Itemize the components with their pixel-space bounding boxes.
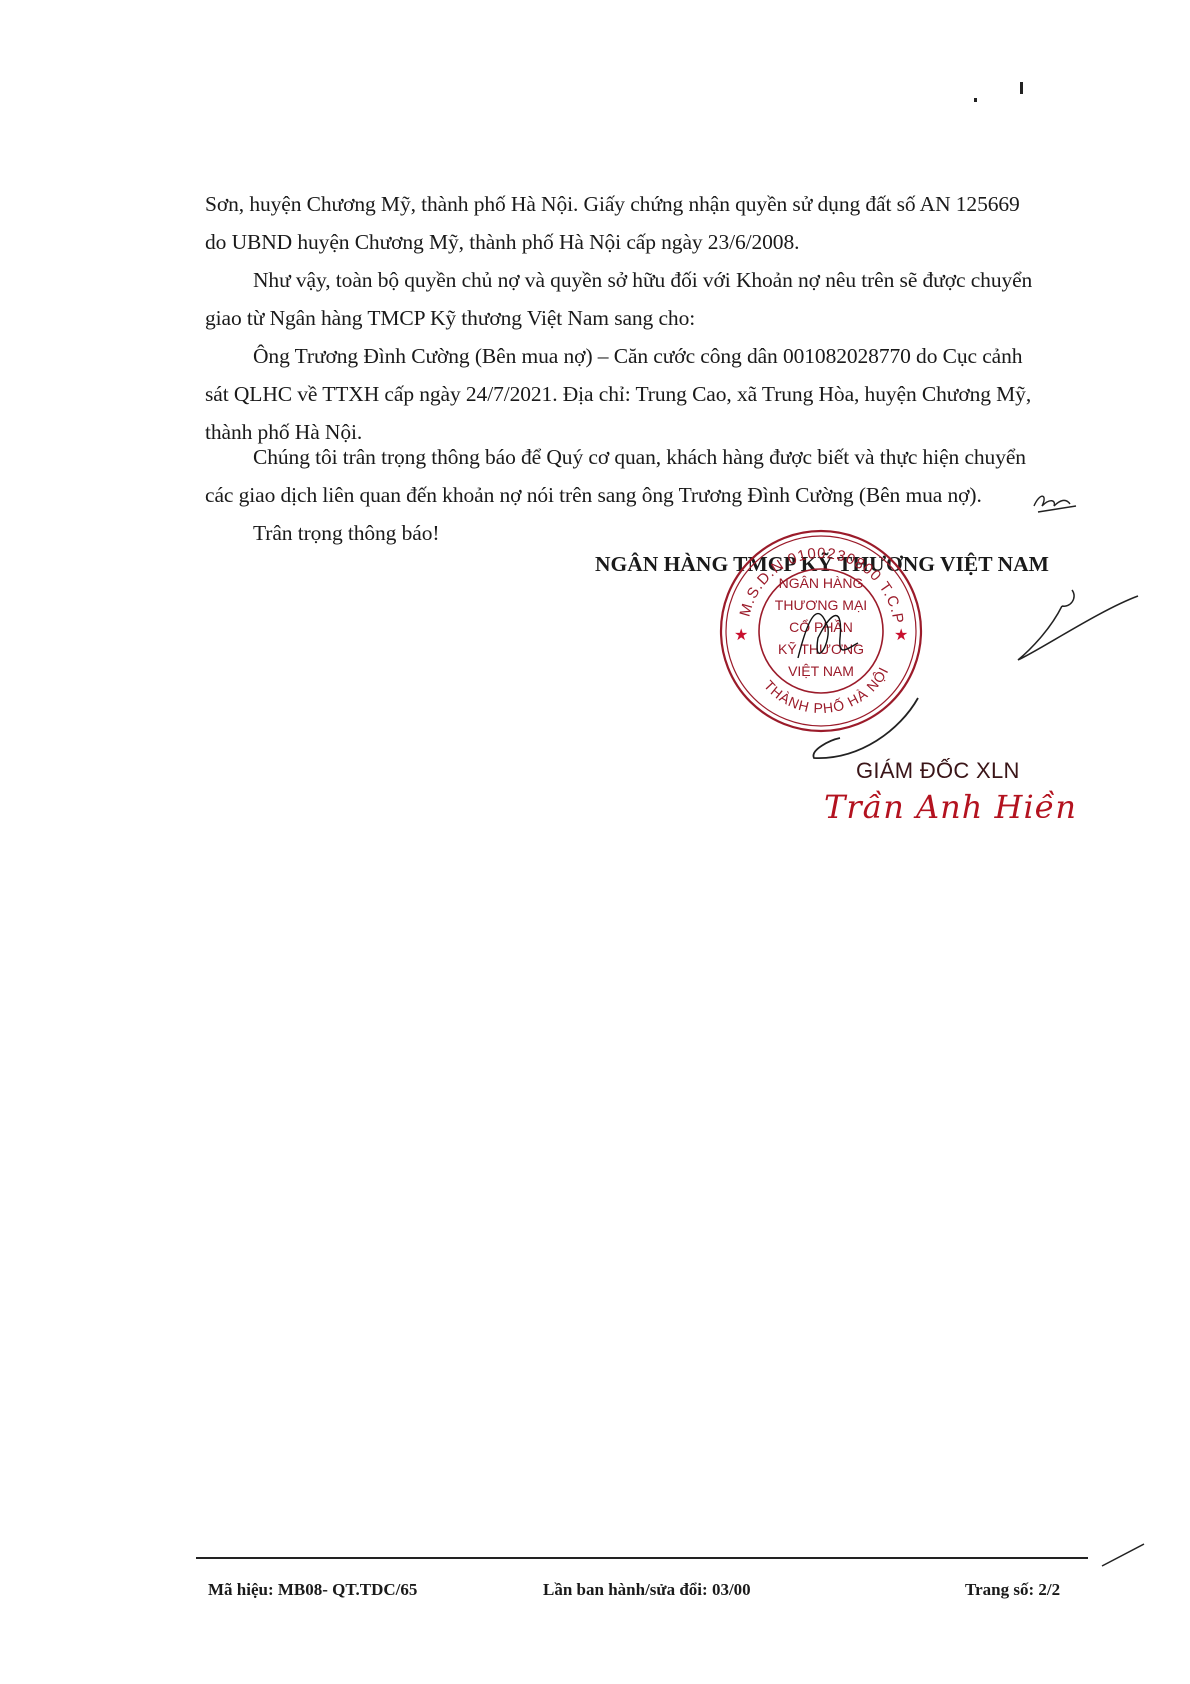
body-line: Ông Trương Đình Cường (Bên mua nợ) – Căn… — [253, 344, 1022, 369]
director-signature — [800, 580, 1150, 780]
body-line: do UBND huyện Chương Mỹ, thành phố Hà Nộ… — [205, 230, 799, 255]
signer-name: Trần Anh Hiền — [824, 788, 1077, 826]
scan-mark — [974, 98, 977, 102]
margin-stroke — [1100, 1540, 1150, 1570]
closing-line: Trân trọng thông báo! — [253, 521, 439, 546]
footer-page-number: Trang số: 2/2 — [965, 1580, 1060, 1600]
svg-text:★: ★ — [734, 627, 748, 644]
footer-doc-code: Mã hiệu: MB08- QT.TDC/65 — [208, 1580, 417, 1600]
body-line: Như vậy, toàn bộ quyền chủ nợ và quyền s… — [253, 268, 1032, 293]
footer-divider — [196, 1557, 1088, 1559]
body-line: thành phố Hà Nội. — [205, 420, 362, 445]
scan-mark — [1020, 82, 1023, 94]
body-line: giao từ Ngân hàng TMCP Kỹ thương Việt Na… — [205, 306, 695, 331]
body-line: các giao dịch liên quan đến khoản nợ nói… — [205, 483, 982, 508]
body-line: Sơn, huyện Chương Mỹ, thành phố Hà Nội. … — [205, 192, 1020, 217]
initial-signature — [1030, 488, 1080, 518]
footer-revision: Lần ban hành/sửa đổi: 03/00 — [543, 1580, 751, 1600]
body-line: Chúng tôi trân trọng thông báo để Quý cơ… — [253, 445, 1026, 470]
signer-title: GIÁM ĐỐC XLN — [856, 758, 1020, 784]
body-line: sát QLHC về TTXH cấp ngày 24/7/2021. Địa… — [205, 382, 1031, 407]
